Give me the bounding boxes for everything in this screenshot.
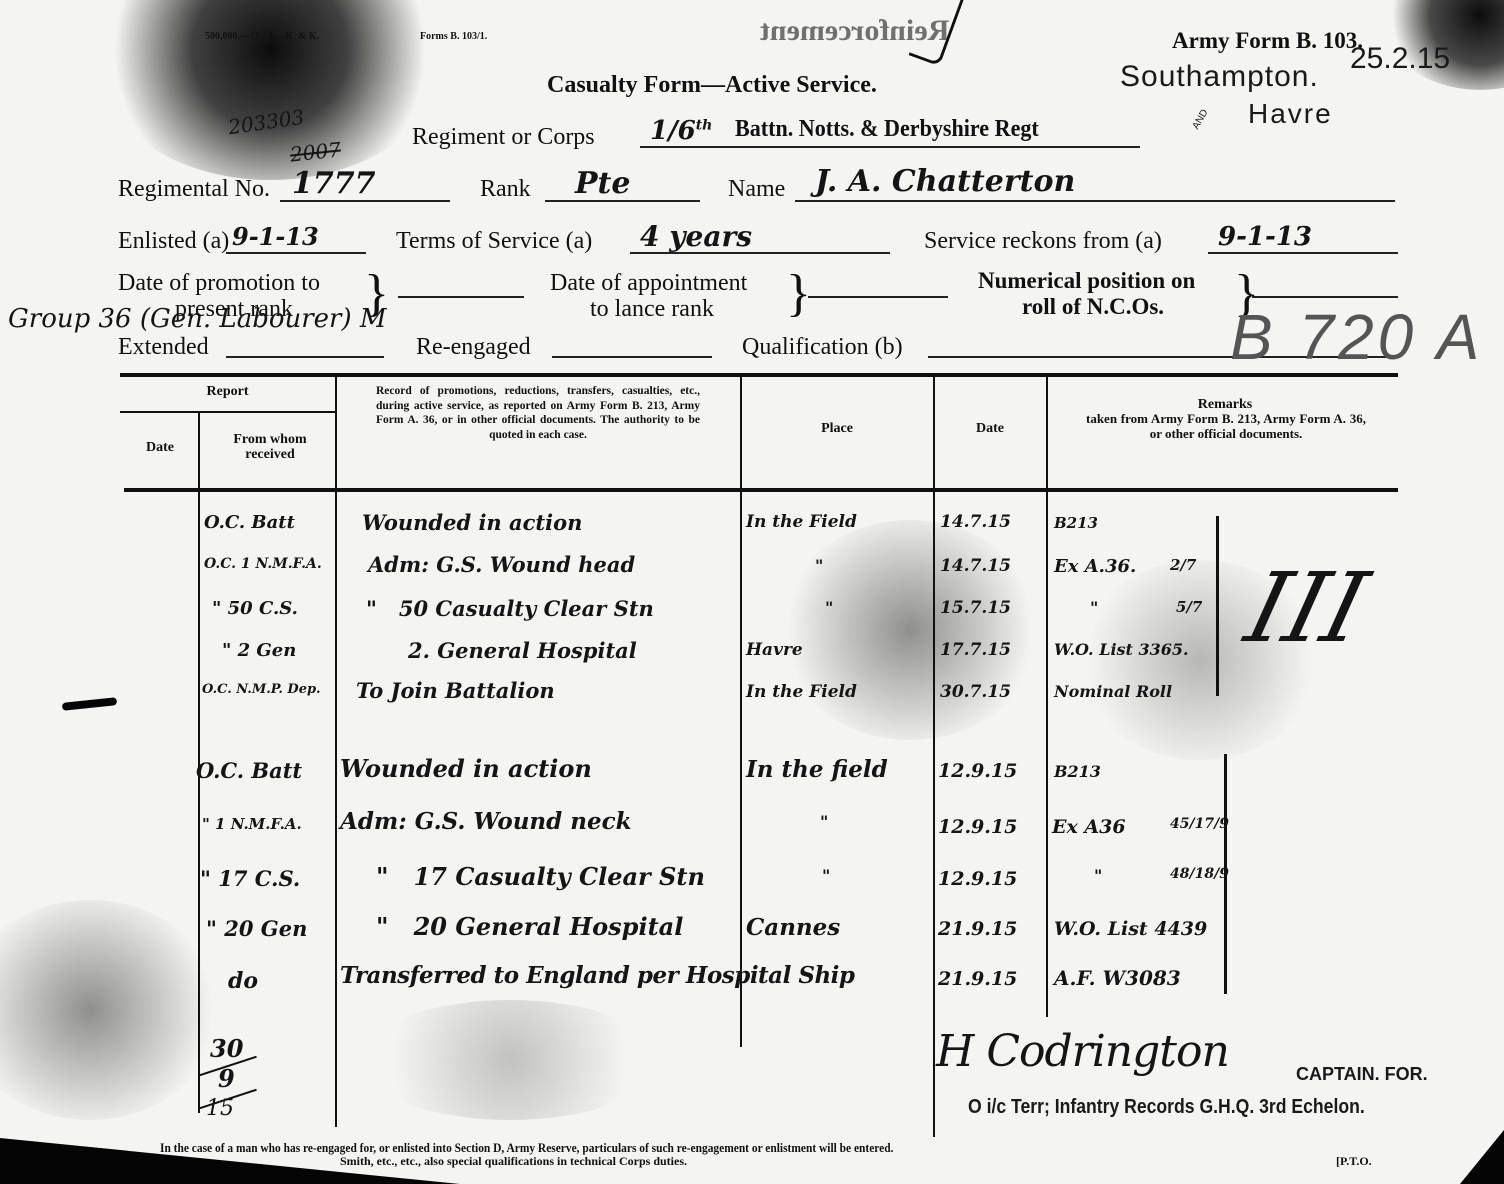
table-top-rule — [120, 373, 1398, 377]
row-record: Wounded in action — [362, 510, 582, 535]
row-record: " 20 General Hospital — [376, 912, 683, 941]
lance-label-1: Date of appointment — [550, 270, 747, 297]
row-place: In the Field — [746, 512, 857, 532]
margin-number-1: 203303 — [227, 105, 306, 139]
margin-mark: III — [1236, 552, 1378, 664]
row-remarks: B213 — [1054, 762, 1101, 781]
row-date: 12.9.15 — [938, 760, 1017, 782]
row-place: Havre — [746, 640, 803, 660]
reengaged-field[interactable] — [552, 356, 712, 358]
row-remarks: " — [1090, 598, 1098, 617]
row-note: 45/17/9 — [1170, 816, 1229, 832]
row-date: 12.9.15 — [938, 868, 1017, 890]
stain-mid — [780, 520, 1040, 740]
row-remarks: Nominal Roll — [1054, 682, 1172, 701]
signature: H Codrington — [936, 1026, 1229, 1077]
terms-label: Terms of Service (a) — [396, 228, 592, 255]
service-reckons-value[interactable]: 9-1-13 — [1218, 222, 1312, 252]
name-underline — [795, 200, 1395, 202]
entry-date-month: 9 — [218, 1064, 235, 1093]
file-mark: B 720 A — [1230, 300, 1483, 374]
regiment-label: Regiment or Corps — [412, 124, 595, 151]
row-from: " 17 C.S. — [200, 866, 300, 891]
row-from: " 1 N.M.F.A. — [202, 815, 302, 833]
regimental-no-value[interactable]: 1777 — [292, 166, 376, 201]
row-date: 30.7.15 — [940, 682, 1011, 702]
row-place: " — [822, 866, 830, 885]
print-code: 500,000.—11-14.—K. & K. — [205, 31, 319, 42]
row-note: 48/18/9 — [1170, 866, 1229, 882]
stamp-and: AND — [1191, 108, 1211, 132]
entry-date-year: 15 — [206, 1096, 234, 1121]
promotion-field[interactable] — [398, 296, 524, 298]
service-reckons-label: Service reckons from (a) — [924, 228, 1162, 255]
regiment-underline — [640, 146, 1140, 148]
regiment-battalion-number: 1/6 — [650, 116, 696, 146]
row-record: Adm: G.S. Wound head — [368, 552, 635, 577]
row-from: " 50 C.S. — [212, 598, 298, 619]
name-label: Name — [728, 176, 785, 203]
row-record: To Join Battalion — [356, 678, 555, 703]
enlisted-underline — [226, 252, 366, 254]
promotion-label-1: Date of promotion to — [118, 270, 320, 297]
records-office: O i/c Terr; Infantry Records G.H.Q. 3rd … — [968, 1096, 1365, 1119]
row-remarks: W.O. List 4439 — [1054, 918, 1207, 940]
col-divider-place — [933, 377, 935, 1137]
footnote-2: Smith, etc., etc., also special qualific… — [340, 1154, 687, 1169]
form-title: Casualty Form—Active Service. — [547, 72, 877, 99]
entry-date-day: 30 — [210, 1034, 243, 1063]
row-place: " — [815, 556, 823, 575]
group-note: Group 36 (Gen. Labourer) M — [8, 304, 387, 334]
row-record: Adm: G.S. Wound neck — [340, 808, 632, 835]
stain-bottom — [360, 1000, 660, 1120]
col-divider-record — [740, 377, 742, 1047]
regimental-no-underline — [280, 200, 450, 202]
col-divider-from — [335, 377, 337, 1127]
row-place: " — [820, 812, 828, 831]
row-record: Wounded in action — [340, 754, 592, 783]
dark-corner-bottomright — [1460, 1130, 1504, 1184]
row-place: " — [825, 598, 833, 617]
stamp-date: 25.2.15 — [1350, 42, 1450, 76]
qualification-label: Qualification (b) — [742, 334, 903, 361]
table-header-bottom-rule — [124, 488, 1398, 492]
row-place: In the field — [746, 756, 888, 783]
check-mark-icon — [909, 0, 965, 66]
service-reckons-underline — [1208, 252, 1398, 254]
col-divider-date2 — [1046, 377, 1048, 1017]
ink-stain-topleft — [90, 0, 450, 180]
stamp-southampton: Southampton. — [1120, 60, 1319, 94]
enlisted-label: Enlisted (a) — [118, 228, 229, 255]
row-place: In the Field — [746, 682, 857, 702]
extended-label: Extended — [118, 334, 209, 361]
row-date: 15.7.15 — [940, 598, 1011, 618]
row-date: 12.9.15 — [938, 816, 1017, 838]
row-record: Transferred to England per Hospital Ship — [340, 962, 854, 989]
lance-brace: } — [786, 268, 811, 320]
stamp-havre: Havre — [1248, 98, 1333, 130]
report-subheader-rule — [120, 411, 336, 413]
row-note: 5/7 — [1176, 598, 1202, 616]
terms-underline — [630, 252, 890, 254]
header-remarks: taken from Army Form B. 213, Army Form A… — [1086, 412, 1366, 441]
row-remarks: " — [1094, 866, 1102, 885]
row-from: O.C. N.M.P. Dep. — [202, 682, 321, 697]
terms-value[interactable]: 4 years — [640, 220, 752, 253]
name-value[interactable]: J. A. Chatterton — [815, 164, 1075, 199]
regiment-value: Battn. Notts. & Derbyshire Regt — [735, 116, 1039, 143]
row-place: Cannes — [746, 914, 840, 941]
row-record: " 17 Casualty Clear Stn — [376, 862, 705, 891]
header-report: Report — [120, 384, 335, 399]
row-from: O.C. 1 N.M.F.A. — [204, 556, 322, 572]
lance-field[interactable] — [808, 296, 948, 298]
row-note: 2/7 — [1170, 556, 1196, 574]
pto-label: [P.T.O. — [1336, 1154, 1372, 1169]
ink-smear-left — [62, 697, 118, 711]
regiment-battalion-suffix: th — [696, 117, 713, 133]
rank-underline — [545, 200, 700, 202]
regiment-handwritten: 1/6th — [650, 116, 712, 146]
row-remarks: W.O. List 3365. — [1054, 640, 1189, 659]
row-from: " 2 Gen — [222, 640, 296, 661]
stain-bottomleft — [0, 900, 220, 1120]
remarks-bracket-1 — [1216, 516, 1219, 696]
row-from: " 20 Gen — [206, 916, 307, 941]
rank-label: Rank — [480, 176, 531, 203]
header-record: Record of promotions, reductions, transf… — [376, 384, 700, 442]
row-date: 21.9.15 — [938, 918, 1017, 940]
row-record: " 50 Casualty Clear Stn — [366, 596, 654, 621]
row-remarks: B213 — [1054, 514, 1098, 532]
row-from: O.C. Batt — [204, 512, 295, 533]
forms-reference: Forms B. 103/1. — [420, 31, 487, 42]
form-number: Army Form B. 103. — [1172, 28, 1363, 54]
lance-label-2: to lance rank — [590, 296, 714, 323]
row-remarks: Ex A36 — [1052, 816, 1126, 838]
nco-field[interactable] — [1252, 296, 1398, 298]
row-from: O.C. Batt — [196, 758, 302, 783]
row-date: 21.9.15 — [938, 968, 1017, 990]
margin-number-2-struck: 2007 — [289, 137, 342, 166]
row-date: 14.7.15 — [940, 512, 1011, 532]
regimental-no-label: Regimental No. — [118, 176, 270, 203]
row-date: 14.7.15 — [940, 556, 1011, 576]
rank-value[interactable]: Pte — [575, 166, 631, 201]
captain-for: CAPTAIN. FOR. — [1296, 1064, 1428, 1085]
row-from: do — [228, 968, 258, 994]
header-remarks-title: Remarks — [1060, 397, 1390, 412]
nco-label-2: roll of N.C.Os. — [1022, 294, 1164, 320]
header-from-whom: From whom received — [210, 432, 330, 462]
row-remarks: A.F. W3083 — [1054, 966, 1181, 990]
row-remarks: Ex A.36. — [1054, 556, 1136, 577]
header-date2: Date — [935, 421, 1045, 436]
header-date: Date — [124, 440, 196, 455]
row-record: 2. General Hospital — [408, 638, 637, 663]
nco-label-1: Numerical position on — [978, 268, 1195, 294]
reengaged-label: Re-engaged — [416, 334, 531, 361]
header-place: Place — [742, 421, 932, 436]
enlisted-value[interactable]: 9-1-13 — [232, 222, 319, 251]
extended-field[interactable] — [226, 356, 384, 358]
row-date: 17.7.15 — [940, 640, 1011, 660]
